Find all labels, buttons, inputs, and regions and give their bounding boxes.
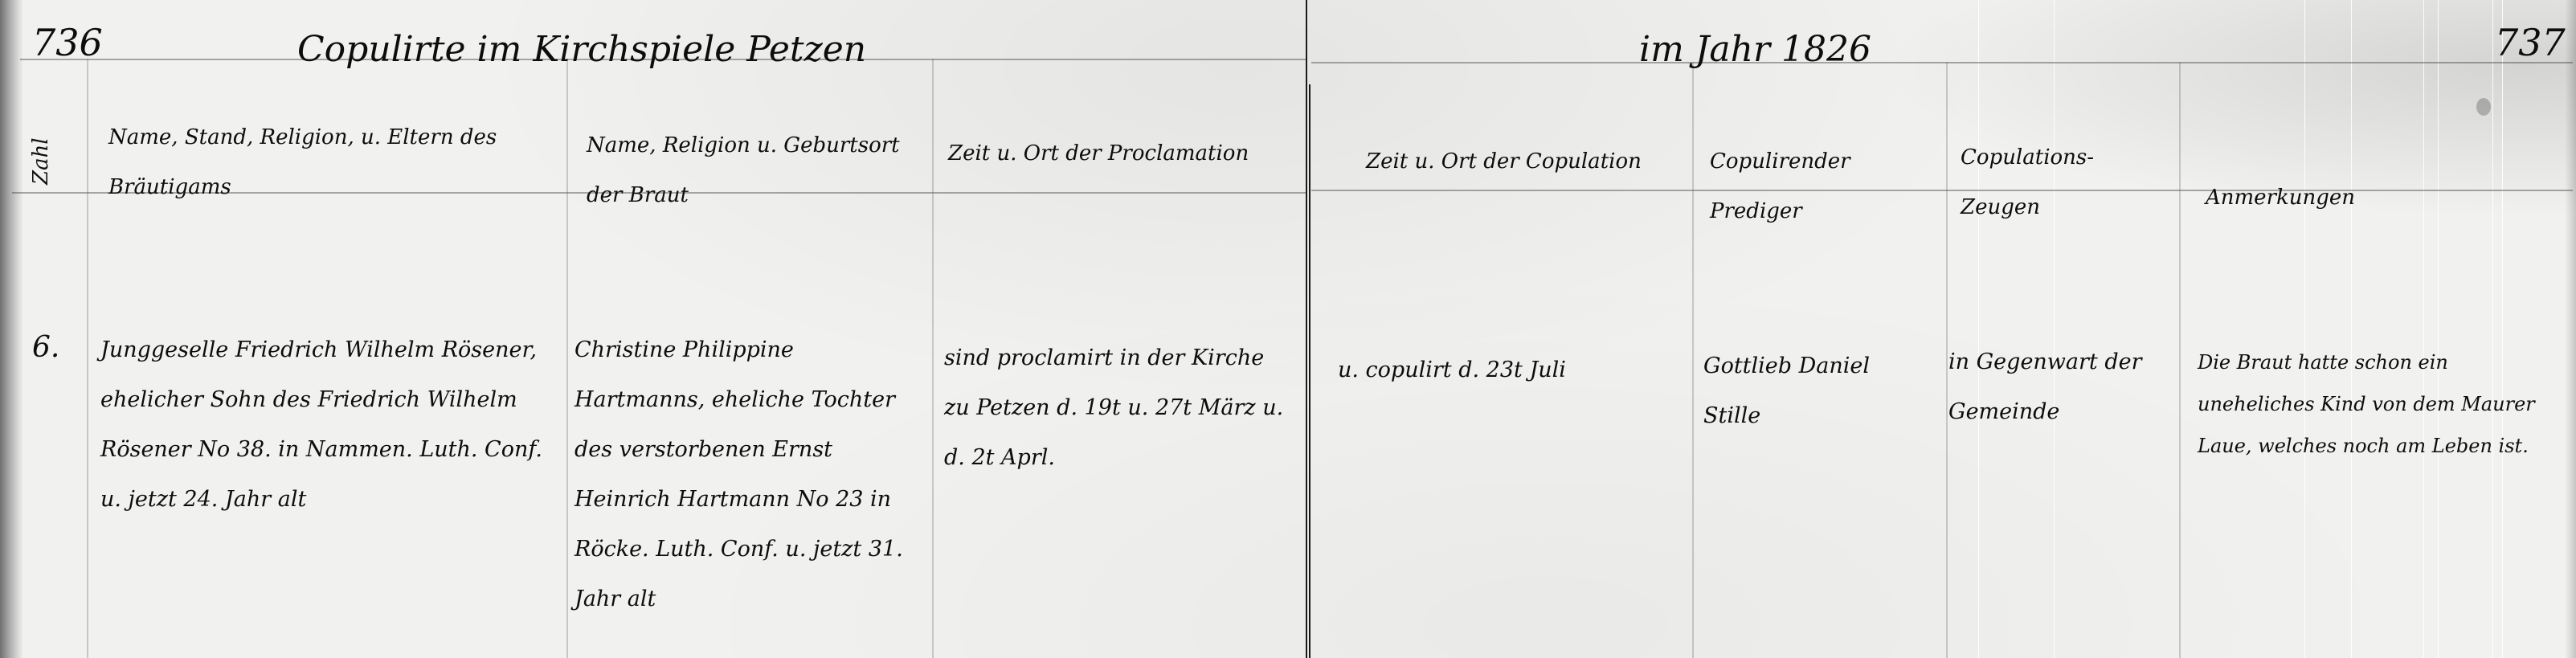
column-rule (1946, 62, 1948, 658)
entry-preacher: Gottlieb Daniel Stille (1703, 341, 1928, 441)
entry-remarks: Die Braut hatte schon ein uneheliches Ki… (2198, 341, 2543, 467)
column-header-bride: Name, Religion u. Geburtsort der Braut (587, 121, 908, 220)
left-page-number: 736 (32, 24, 103, 61)
right-page-edge (2565, 0, 2576, 658)
scan-artifact-line (2054, 0, 2055, 658)
column-header-proclamation: Zeit u. Ort der Proclamation (948, 129, 1270, 178)
entry-witnesses: in Gegenwart der Gemeinde (1948, 337, 2165, 437)
scan-artifact-line (2492, 0, 2493, 658)
column-header-groom: Name, Stand, Religion, u. Eltern des Brä… (108, 112, 558, 212)
column-header-remarks: Anmerkungen (2206, 173, 2543, 223)
column-rule (1692, 62, 1694, 658)
scan-artifact-line (2502, 0, 2503, 658)
register-spread: 736 Copulirte im Kirchspiele Petzen im J… (0, 0, 2576, 658)
column-rule (87, 59, 88, 658)
column-rule (2179, 62, 2181, 658)
column-header-zahl: Zahl (16, 121, 66, 185)
right-page-number: 737 (2495, 24, 2566, 61)
scan-artifact-line (2351, 0, 2352, 658)
left-binding-edge (0, 0, 22, 658)
column-rule (932, 59, 934, 658)
scan-artifact-line (2423, 0, 2424, 658)
column-header-copulation: Zeit u. Ort der Copulation (1366, 137, 1655, 186)
book-gutter (1305, 0, 1311, 658)
scan-artifact-line (2438, 0, 2439, 658)
scan-artifact-line (2304, 0, 2305, 658)
column-rule (566, 59, 568, 658)
entry-bride: Christine Philippine Hartmanns, eheliche… (574, 325, 928, 624)
column-header-preacher: Copulirender Prediger (1710, 137, 1919, 236)
entry-groom: Junggeselle Friedrich Wilhelm Rösener, e… (100, 325, 558, 525)
header-top-rule-right (1311, 62, 2573, 63)
entry-copulation: u. copulirt d. 23t Juli (1338, 345, 1683, 395)
scan-artifact-line (1978, 0, 1979, 658)
left-page-title: Copulirte im Kirchspiele Petzen (297, 32, 866, 67)
entry-proclamation: sind proclamirt in der Kirche zu Petzen … (944, 333, 1290, 483)
entry-number: 6. (32, 333, 59, 362)
right-page-title: im Jahr 1826 (1639, 32, 1871, 67)
ink-blot (2476, 98, 2491, 116)
column-header-witnesses: Copulations-Zeugen (1961, 133, 2169, 232)
